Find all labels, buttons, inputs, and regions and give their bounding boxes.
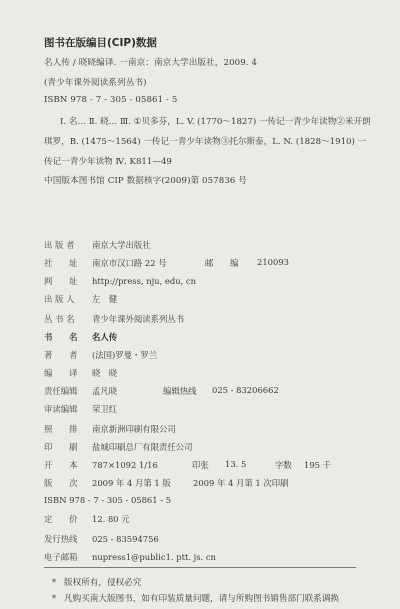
note-copyright: *版权所有，侵权必究: [44, 576, 141, 588]
publisher-row: 出 版 者南京大学出版社: [44, 239, 151, 253]
sheets-value: 13. 5: [225, 459, 246, 469]
email-label: 电子邮箱: [44, 551, 92, 563]
note-text: 版权所有，侵权必究: [64, 578, 141, 588]
printing-impression: 2009 年 4 月第 1 次印刷: [193, 477, 289, 489]
format-row: 开 本787×1092 1/16 印张 13. 5 字数 195 千: [44, 459, 364, 473]
typesetting-row: 照 排南京新洲印刷有限公司: [44, 423, 176, 437]
note-text: 凡购买南大版图书，如有印装质量问题，请与所购图书销售部门联系调换: [64, 594, 339, 604]
editor-hotline-label: 编辑热线: [163, 385, 197, 397]
book-title-value: 名人传: [92, 331, 117, 343]
edition-label: 版 次: [44, 477, 92, 489]
edition-value: 2009 年 4 月第 1 版: [92, 477, 171, 489]
sheets-label: 印张: [192, 459, 209, 471]
series-value: 青少年课外阅读系列丛书: [92, 313, 184, 325]
typesetting-value: 南京新洲印刷有限公司: [92, 423, 176, 435]
email-value: nupress1@public1. ptt. js. cn: [92, 552, 216, 562]
publisher-value: 南京大学出版社: [92, 239, 151, 251]
author-row: 著 者(法国)罗曼・罗兰: [44, 349, 157, 363]
email-row: 电子邮箱nupress1@public1. ptt. js. cn: [44, 551, 216, 565]
website-value: http://press, nju, edu, cn: [92, 276, 196, 286]
bullet-icon: *: [44, 594, 64, 604]
reviewer-row: 审读编辑荣卫红: [44, 403, 117, 417]
book-title-label: 书 名: [44, 331, 92, 343]
translator-label: 编 译: [44, 367, 92, 379]
words-value: 195 千: [304, 459, 331, 471]
hotline-value: 025 - 83594756: [92, 534, 159, 544]
format-label: 开 本: [44, 459, 92, 471]
cip-main-entry: 名人传 / 晓晓编译. 一南京：南京大学出版社，2009. 4: [44, 56, 257, 68]
reviewer-value: 荣卫红: [92, 403, 117, 415]
website-label: 网 址: [44, 275, 92, 287]
address-value: 南京市汉口路 22 号: [92, 257, 167, 269]
cip-isbn: ISBN 978 - 7 - 305 - 05861 - 5: [44, 95, 177, 105]
website-row: 网 址http://press, nju, edu, cn: [44, 275, 196, 289]
printing-label: 印 刷: [44, 441, 92, 453]
editor-row: 责任编辑孟凡晓 编辑热线 025 - 83206662: [44, 385, 364, 399]
cip-series: (青少年课外阅读系列丛书): [44, 76, 147, 88]
price-value: 12. 80 元: [92, 513, 130, 525]
bullet-icon: *: [44, 578, 64, 588]
editor-label: 责任编辑: [44, 385, 92, 397]
printing-value: 盐城印刷总厂有限责任公司: [92, 441, 193, 453]
divider: [44, 567, 356, 568]
author-label: 著 者: [44, 349, 92, 361]
hotline-label: 发行热线: [44, 533, 92, 545]
format-value: 787×1092 1/16: [92, 460, 158, 470]
copyright-page: 图书在版编目(CIP)数据 名人传 / 晓晓编译. 一南京：南京大学出版社，20…: [0, 0, 400, 609]
address-label: 社 址: [44, 257, 92, 269]
price-label: 定 价: [44, 513, 92, 525]
note-return-policy: *凡购买南大版图书，如有印装质量问题，请与所购图书销售部门联系调换: [44, 592, 339, 604]
price-row: 定 价12. 80 元: [44, 513, 130, 527]
series-label: 丛 书 名: [44, 313, 92, 325]
isbn-row: ISBN 978 - 7 - 305 - 05861 - 5: [44, 495, 171, 509]
cip-title: 图书在版编目(CIP)数据: [44, 35, 157, 50]
cip-subjects: Ⅰ. 名… Ⅱ. 晓… Ⅲ. ①贝多芬，L. V. (1770～1827) 一传…: [44, 112, 374, 172]
translator-row: 编 译晓 晓: [44, 367, 117, 381]
translator-value: 晓 晓: [92, 367, 117, 379]
postcode-label: 邮 编: [205, 257, 239, 269]
reviewer-label: 审读编辑: [44, 403, 92, 415]
edition-row: 版 次2009 年 4 月第 1 版 2009 年 4 月第 1 次印刷: [44, 477, 364, 491]
hotline-row: 发行热线025 - 83594756: [44, 533, 159, 547]
book-title-row: 书 名名人传: [44, 331, 117, 345]
publisher-label: 出 版 者: [44, 239, 92, 251]
issuer-label: 出 版 人: [44, 293, 92, 305]
author-value: (法国)罗曼・罗兰: [92, 349, 157, 361]
series-row: 丛 书 名青少年课外阅读系列丛书: [44, 313, 184, 327]
issuer-value: 左 健: [92, 293, 117, 305]
issuer-row: 出 版 人左 健: [44, 293, 117, 307]
words-label: 字数: [275, 459, 292, 471]
postcode-value: 210093: [257, 257, 289, 267]
address-row: 社 址南京市汉口路 22 号 邮 编 210093: [44, 257, 364, 271]
cip-library-number: 中国版本图书馆 CIP 数据核字(2009)第 057836 号: [44, 174, 247, 186]
isbn-value: ISBN 978 - 7 - 305 - 05861 - 5: [44, 495, 171, 505]
editor-value: 孟凡晓: [92, 385, 117, 397]
editor-hotline-value: 025 - 83206662: [212, 385, 279, 395]
typesetting-label: 照 排: [44, 423, 92, 435]
printing-row: 印 刷盐城印刷总厂有限责任公司: [44, 441, 193, 455]
